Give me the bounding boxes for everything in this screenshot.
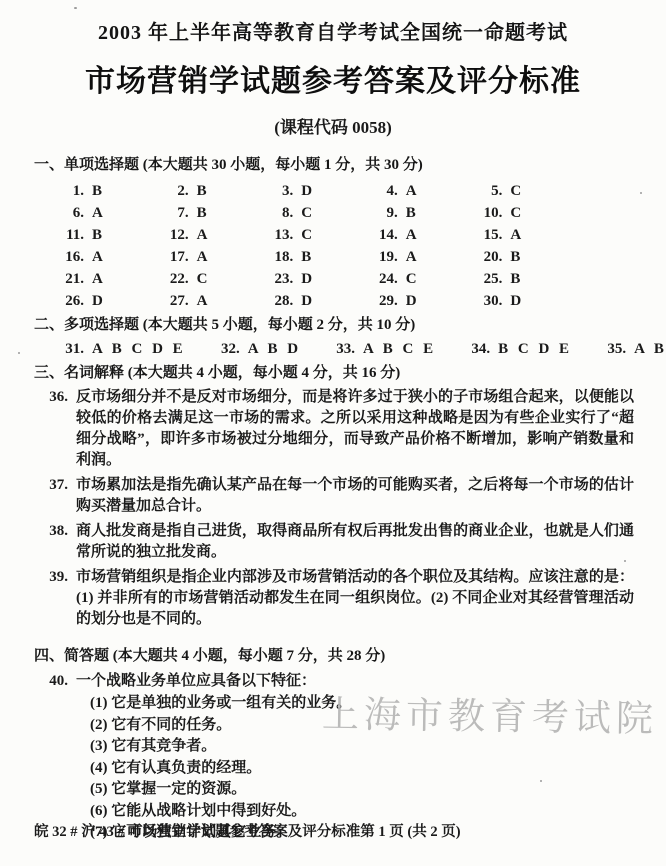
answer-letter: D [510,290,521,312]
multi-choice-answer: 35. A B D [598,338,666,360]
single-choice-answer: 15. A [474,224,579,246]
question-number: 5. [474,180,502,202]
question-number: 32. [212,338,240,360]
question-number: 24. [370,268,398,290]
question-number: 28. [265,290,293,312]
single-choice-answer: 20. B [474,246,579,268]
question-number: 35. [598,338,626,360]
scan-speck [540,780,542,782]
question-number: 9. [370,202,398,224]
scan-speck [640,192,642,194]
answer-point: (5) 它掌握一定的资源。 [90,779,634,801]
answer-letter: C [510,202,521,224]
single-choice-answer: 25. B [474,268,579,290]
question-number: 7. [161,202,189,224]
question-number: 1. [56,180,84,202]
single-choice-answer: 11. B [56,224,161,246]
multi-choice-answer: 32. A B D [212,338,301,360]
section3-heading: 三、名词解释 (本大题共 4 小题，每小题 4 分，共 16 分) [34,363,634,383]
answer-letter: A [406,224,417,246]
definition-answer-list: 36. 反市场细分并不是反对市场细分，而是将许多过于狭小的子市场组合起来，以便能… [34,387,634,630]
answer-letter: D [406,290,417,312]
single-choice-answer: 30. D [474,290,579,312]
exam-title: 2003 年上半年高等教育自学考试全国统一命题考试 [0,0,666,45]
question-number: 6. [56,202,84,224]
answer-letter: A [510,224,521,246]
single-choice-answer: 26. D [56,290,161,312]
definition-answer: 37. 市场累加法是指先确认某产品在每一个市场的可能购买者，之后将每一个市场的估… [34,475,634,517]
single-choice-answer: 24. C [370,268,475,290]
question-number: 10. [474,202,502,224]
scan-speck [18,352,20,354]
multi-choice-answer: 33. A B C E [327,338,436,360]
answer-letter: A [406,246,417,268]
question-number: 33. [327,338,355,360]
answer-letter: D [301,268,312,290]
section2-heading: 二、多项选择题 (本大题共 5 小题，每小题 2 分，共 10 分) [34,315,634,335]
single-choice-answer: 27. A [161,290,266,312]
question-number: 14. [370,224,398,246]
single-choice-answer: 8. C [265,202,370,224]
answer-letter: C [197,268,208,290]
single-choice-answer: 10. C [474,202,579,224]
single-choice-answer: 17. A [161,246,266,268]
single-choice-answer: 6. A [56,202,161,224]
definition-answer: 38. 商人批发商是指自己进货，取得商品所有权后再批发出售的商业企业，也就是人们… [34,521,634,563]
definition-text: 市场累加法是指先确认某产品在每一个市场的可能购买者，之后将每一个市场的估计购买潜… [76,475,634,517]
single-choice-answer: 14. A [370,224,475,246]
section4-heading: 四、简答题 (本大题共 4 小题，每小题 7 分，共 28 分) [34,646,634,666]
answer-letter: A [197,246,208,268]
multi-choice-answer-row: 31. A B C D E 32. A B D 33. A B C E 34. … [56,338,634,360]
page-title: 市场营销学试题参考答案及评分标准 [0,56,666,100]
course-code: (课程代码 0058) [0,113,666,138]
question-number: 34. [462,338,490,360]
answer-letter: C [510,180,521,202]
document-body: 一、单项选择题 (本大题共 30 小题，每小题 1 分，共 30 分) 1. B… [0,155,666,844]
definition-text: 市场营销组织是指企业内部涉及市场营销活动的各个职位及其结构。应该注意的是：(1)… [76,567,634,630]
answer-letter: C [301,224,312,246]
question-number: 23. [265,268,293,290]
answer-point: (6) 它能从战略计划中得到好处。 [90,801,634,823]
answer-letters: A B D [634,338,666,360]
answer-letter: A [92,246,103,268]
single-choice-answer: 2. B [161,180,266,202]
page-footer: 皖 32 # 沪 43 # 市场营销学试题参考答案及评分标准第 1 页 (共 2… [34,820,461,841]
question-number: 8. [265,202,293,224]
single-choice-answer: 9. B [370,202,475,224]
question-number: 15. [474,224,502,246]
definition-answer: 36. 反市场细分并不是反对市场细分，而是将许多过于狭小的子市场组合起来，以便能… [34,387,634,471]
question-number: 38. [34,521,68,563]
answer-letters: A B C E [363,338,436,360]
answer-letter: B [197,202,207,224]
question-number: 27. [161,290,189,312]
question-number: 18. [265,246,293,268]
answer-letter: A [92,202,103,224]
answer-letter: B [406,202,416,224]
answer-point: (3) 它有其竞争者。 [90,736,634,758]
answer-letter: C [301,202,312,224]
question-number: 13. [265,224,293,246]
single-choice-answer: 21. A [56,268,161,290]
single-choice-answer: 18. B [265,246,370,268]
single-choice-answer: 3. D [265,180,370,202]
answer-letter: C [406,268,417,290]
single-choice-answer: 22. C [161,268,266,290]
answer-letter: A [92,268,103,290]
question-number: 31. [56,338,84,360]
answer-point: (4) 它有认真负责的经理。 [90,758,634,780]
single-choice-answer: 4. A [370,180,475,202]
multi-choice-answer: 31. A B C D E [56,338,186,360]
answer-letter: D [301,290,312,312]
multi-choice-answer: 34. B C D E [462,338,572,360]
question-number: 26. [56,290,84,312]
single-choice-answer: 28. D [265,290,370,312]
question-number: 11. [56,224,84,246]
question-number: 2. [161,180,189,202]
answer-letters: A B C D E [92,338,186,360]
question-number: 25. [474,268,502,290]
answer-letter: D [92,290,103,312]
single-choice-answer: 13. C [265,224,370,246]
answer-letter: B [510,268,520,290]
section1-heading: 一、单项选择题 (本大题共 30 小题，每小题 1 分，共 30 分) [34,155,634,175]
question-number: 36. [34,387,68,471]
question-number: 29. [370,290,398,312]
answer-point: (1) 它是单独的业务或一组有关的业务。 [90,693,634,715]
scan-speck [74,7,77,9]
single-choice-answer: 29. D [370,290,475,312]
answer-letter: D [301,180,312,202]
question-number: 40. [34,670,68,692]
answer-letter: B [92,180,102,202]
question-number: 12. [161,224,189,246]
single-choice-answer: 1. B [56,180,161,202]
answer-letter: A [197,224,208,246]
single-choice-answer: 12. A [161,224,266,246]
question-number: 3. [265,180,293,202]
question-number: 20. [474,246,502,268]
answer-letter: A [197,290,208,312]
question-number: 37. [34,475,68,517]
definition-text: 反市场细分并不是反对市场细分，而是将许多过于狭小的子市场组合起来，以便能以较低的… [76,387,634,471]
question-number: 19. [370,246,398,268]
scan-speck [624,560,626,562]
answer-letter: B [197,180,207,202]
question-number: 16. [56,246,84,268]
answer-letter: A [406,180,417,202]
question-number: 17. [161,246,189,268]
question40-answer: 40. 一个战略业务单位应具备以下特征： [34,670,634,692]
answer-point: (2) 它有不同的任务。 [90,715,634,737]
answer-letters: B C D E [498,338,572,360]
definition-answer: 39. 市场营销组织是指企业内部涉及市场营销活动的各个职位及其结构。应该注意的是… [34,567,634,630]
single-choice-answer: 16. A [56,246,161,268]
single-choice-answer: 23. D [265,268,370,290]
document-header: 2003 年上半年高等教育自学考试全国统一命题考试 市场营销学试题参考答案及评分… [0,0,666,138]
single-choice-answer: 19. A [370,246,475,268]
question-number: 22. [161,268,189,290]
definition-text: 商人批发商是指自己进货，取得商品所有权后再批发出售的商业企业，也就是人们通常所说… [76,521,634,563]
answer-letter: B [510,246,520,268]
answer-intro-text: 一个战略业务单位应具备以下特征： [76,670,316,692]
answer-letters: A B D [248,338,301,360]
question-number: 39. [34,567,68,630]
question-number: 21. [56,268,84,290]
answer-letter: B [301,246,311,268]
single-choice-answer: 5. C [474,180,579,202]
single-choice-answer: 7. B [161,202,266,224]
answer-letter: B [92,224,102,246]
single-choice-answer-grid: 1. B 2. B 3. D 4. A [56,180,579,312]
question-number: 30. [474,290,502,312]
exam-answer-key-page: 2003 年上半年高等教育自学考试全国统一命题考试 市场营销学试题参考答案及评分… [0,0,666,866]
question-number: 4. [370,180,398,202]
